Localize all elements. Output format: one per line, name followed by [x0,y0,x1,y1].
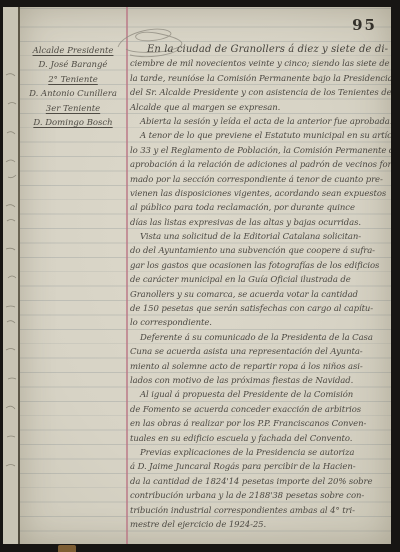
manuscript-line: de 150 pesetas que serán satisfechas con… [130,302,390,316]
manuscript-line: mado por la sección correspondiente á te… [130,173,390,187]
manuscript-line: miento al solemne acto de repartir ropa … [130,360,390,374]
margin-name-3-teniente: D. Domingo Bosch [33,118,112,128]
manuscript-page: 95 Alcalde Presidente D. José Barangé 2°… [20,7,391,544]
manuscript-line: tuales en su edificio escuela y fachada … [130,432,390,446]
manuscript-line: de Fomento se acuerda conceder exacción … [130,403,390,417]
manuscript-line: do del Ayuntamiento una subvención que c… [130,244,390,258]
previous-page-edge [3,7,18,544]
binding-remnant [58,545,76,552]
manuscript-line: En la ciudad de Granollers á diez y siet… [130,43,390,57]
manuscript-line: en las obras á realizar por los P.P. Fra… [130,417,390,431]
manuscript-line: al público para toda reclamación, por du… [130,201,390,215]
page-number: 95 [352,16,377,34]
manuscript-line: la tarde, reunióse la Comisión Permanent… [130,72,390,86]
manuscript-line: lados con motivo de las próximas fiestas… [130,374,390,388]
manuscript-line: tribución industrial correspondientes am… [130,504,390,518]
manuscript-line: días las listas expresivas de las altas … [130,216,390,230]
margin-name-2-teniente: D. Antonio Cunillera [29,89,117,99]
manuscript-line: mestre del ejercicio de 1924-25. [130,518,390,532]
manuscript-line: ciembre de mil novecientos veinte y cinc… [130,57,390,71]
manuscript-line: Granollers y su comarca, se acuerda vota… [130,288,390,302]
manuscript-line: de carácter municipal en la Guía Oficial… [130,273,390,287]
margin-title-2-teniente: 2° Teniente [48,75,98,85]
margin-rule-line [126,7,128,544]
manuscript-line: aprobación á la relación de adiciones al… [130,158,390,172]
margin-title-alcalde: Alcalde Presidente [33,46,114,56]
manuscript-line: Cuna se acuerda asista una representació… [130,345,390,359]
manuscript-line: Abierta la sesión y leída el acta de la … [130,115,390,129]
manuscript-line: da la cantidad de 1824'14 pesetas import… [130,475,390,489]
manuscript-line: vienen las disposiciones vigentes, acord… [130,187,390,201]
manuscript-line: contribución urbana y la de 2188'38 pese… [130,489,390,503]
minutes-body: En la ciudad de Granollers á diez y siet… [130,43,390,532]
manuscript-line: Al igual á propuesta del Presidente de l… [130,388,390,402]
manuscript-line: Deferente á su comunicado de la Presiden… [130,331,390,345]
manuscript-line: lo 33 y el Reglamento de Población, la C… [130,144,390,158]
margin-title-3-teniente: 3er Teniente [46,104,100,114]
manuscript-line: gar los gastos que ocasionen las fotogra… [130,259,390,273]
manuscript-line: Vista una solicitud de la Editorial Cata… [130,230,390,244]
manuscript-line: A tenor de lo que previene el Estatuto m… [130,129,390,143]
manuscript-line: Previas explicaciones de la Presidencia … [130,446,390,460]
manuscript-line: del Sr. Alcalde Presidente y con asisten… [130,86,390,100]
manuscript-line: lo correspondiente. [130,316,390,330]
manuscript-line: Alcalde que al margen se expresan. [130,101,390,115]
scanned-manuscript-page: 95 Alcalde Presidente D. José Barangé 2°… [0,0,400,552]
margin-name-alcalde: D. José Barangé [39,60,108,70]
attendees-margin-column: Alcalde Presidente D. José Barangé 2° Te… [22,43,124,129]
prev-page-text-fragments [3,7,18,544]
manuscript-line: á D. Jaime Juncaral Rogás para percibir … [130,460,390,474]
